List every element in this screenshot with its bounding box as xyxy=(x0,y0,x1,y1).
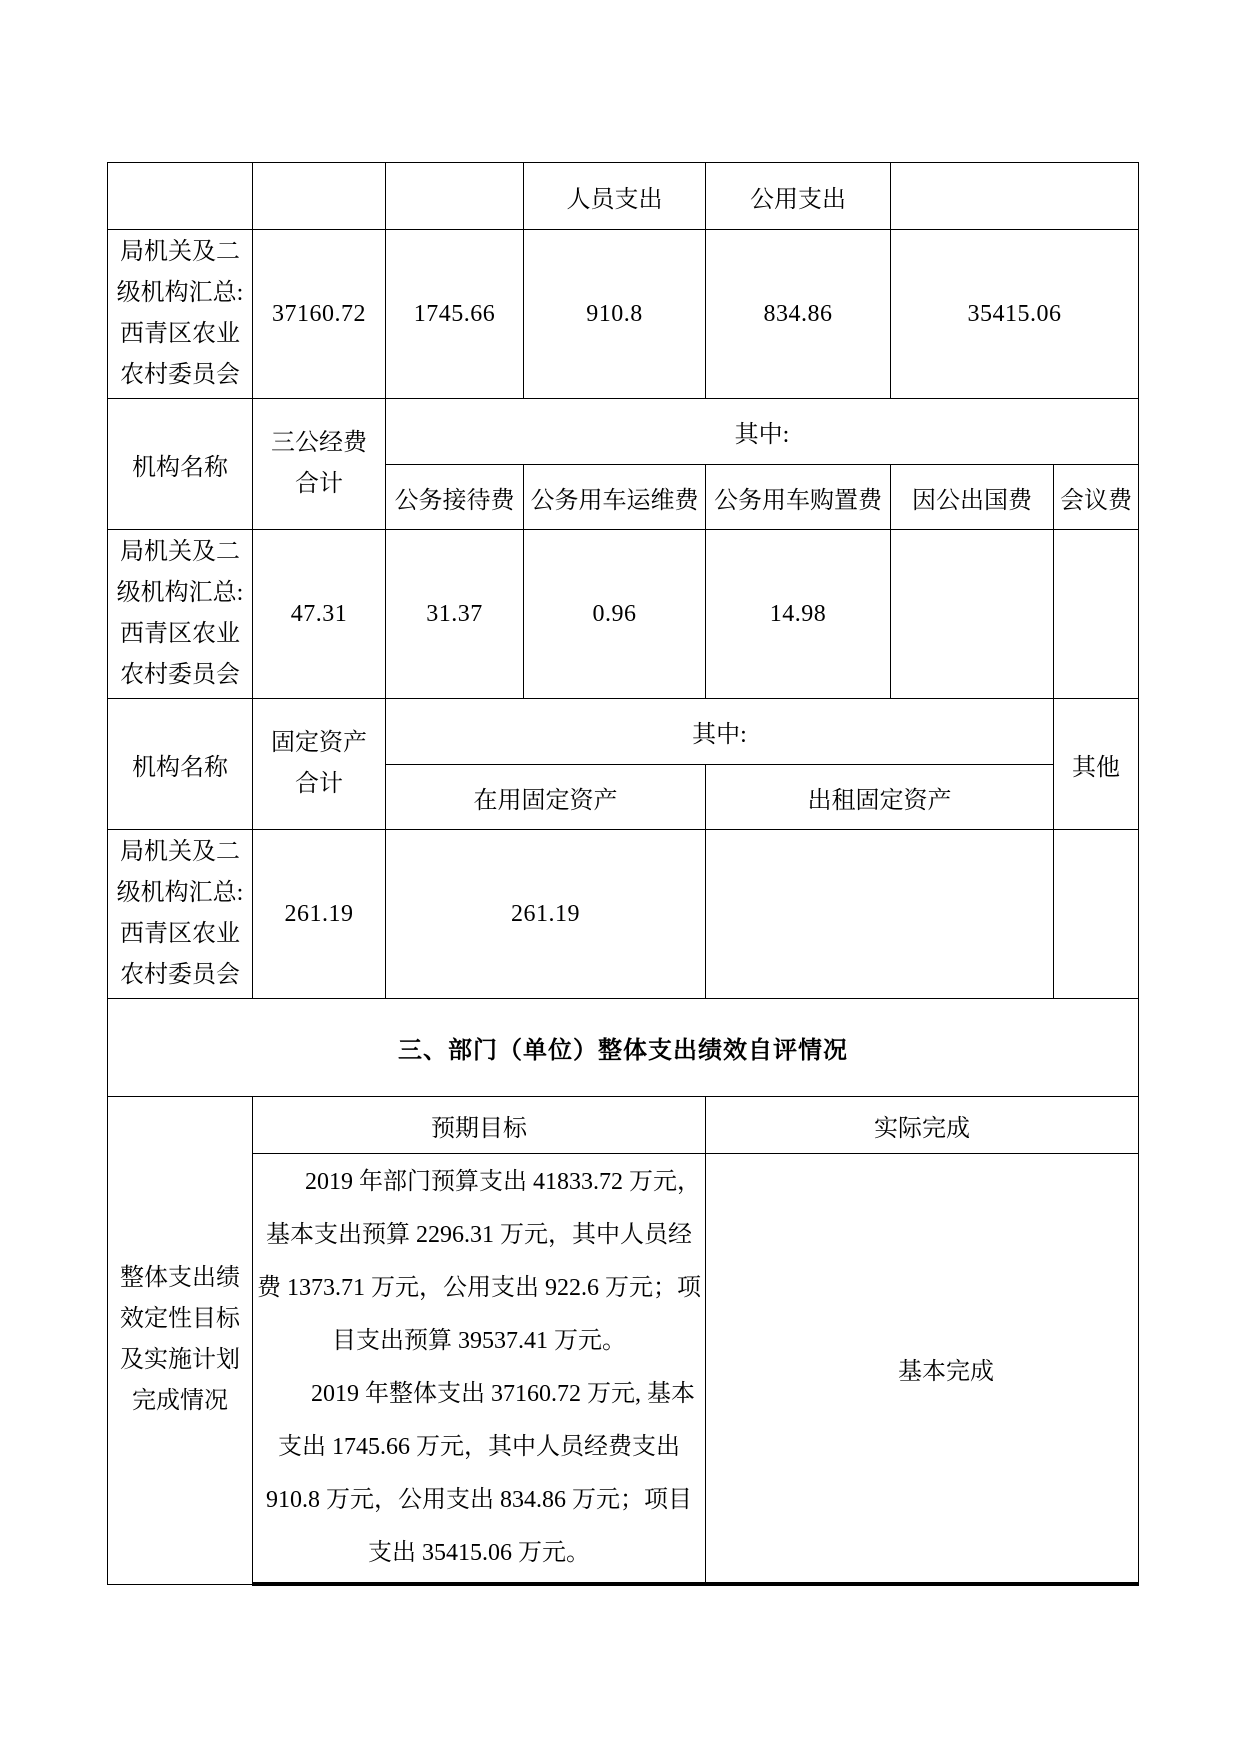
org-name-cell: 局机关及二 级机构汇总: 西青区农业 农村委员会 xyxy=(108,830,253,999)
expected-goal-paragraph-1: 2019 年部门预算支出 41833.72 万元， 基本支出预算 2296.31… xyxy=(257,1156,701,1368)
three-public-header-row: 机构名称 三公经费 合计 其中: xyxy=(108,399,1139,465)
header-meetings: 会议费 xyxy=(1054,465,1139,530)
fixed-assets-data-row: 局机关及二 级机构汇总: 西青区农业 农村委员会 261.19 261.19 xyxy=(108,830,1139,999)
empty-cell xyxy=(891,163,1139,230)
header-rented-assets: 出租固定资产 xyxy=(706,765,1054,830)
vehicle-maintenance-value: 0.96 xyxy=(524,530,706,699)
basic-expenditure-value: 1745.66 xyxy=(386,230,524,399)
actual-completion-cell: 基本完成 xyxy=(706,1154,1139,1585)
fixed-assets-header-row: 机构名称 固定资产 合计 其中: 其他 xyxy=(108,699,1139,765)
rented-assets-value xyxy=(706,830,1054,999)
three-public-total-value: 47.31 xyxy=(253,530,386,699)
expected-goal-paragraph-2: 2019 年整体支出 37160.72 万元, 基本 支出 1745.66 万元… xyxy=(257,1368,701,1580)
org-name-header: 机构名称 xyxy=(108,699,253,830)
header-other: 其他 xyxy=(1054,699,1139,830)
among-which-label: 其中: xyxy=(386,399,1139,465)
org-name-header: 机构名称 xyxy=(108,399,253,530)
self-eval-header-row: 整体支出绩 效定性目标 及实施计划 完成情况 预期目标 实际完成 xyxy=(108,1097,1139,1154)
self-eval-data-row: 2019 年部门预算支出 41833.72 万元， 基本支出预算 2296.31… xyxy=(108,1154,1139,1585)
header-public-expenditure: 公用支出 xyxy=(706,163,891,230)
expected-goal-cell: 2019 年部门预算支出 41833.72 万元， 基本支出预算 2296.31… xyxy=(253,1154,706,1585)
header-overseas-trips: 因公出国费 xyxy=(891,465,1054,530)
document-page: 人员支出 公用支出 局机关及二 级机构汇总: 西青区农业 农村委员会 37160… xyxy=(0,0,1241,1754)
org-name-cell: 局机关及二 级机构汇总: 西青区农业 农村委员会 xyxy=(108,530,253,699)
three-public-total-header: 三公经费 合计 xyxy=(253,399,386,530)
header-vehicle-maintenance: 公务用车运维费 xyxy=(524,465,706,530)
overseas-trips-value xyxy=(891,530,1054,699)
header-personnel-expenditure: 人员支出 xyxy=(524,163,706,230)
header-vehicle-purchase: 公务用车购置费 xyxy=(706,465,891,530)
empty-cell xyxy=(253,163,386,230)
overall-goal-label: 整体支出绩 效定性目标 及实施计划 完成情况 xyxy=(108,1097,253,1585)
fixed-assets-total-header: 固定资产 合计 xyxy=(253,699,386,830)
header-actual-completion: 实际完成 xyxy=(706,1097,1139,1154)
other-assets-value xyxy=(1054,830,1139,999)
in-use-assets-value: 261.19 xyxy=(386,830,706,999)
total-expenditure-value: 37160.72 xyxy=(253,230,386,399)
reception-value: 31.37 xyxy=(386,530,524,699)
section-title-row: 三、部门（单位）整体支出绩效自评情况 xyxy=(108,999,1139,1097)
expenditure-header-row: 人员支出 公用支出 xyxy=(108,163,1139,230)
personnel-expenditure-value: 910.8 xyxy=(524,230,706,399)
among-which-label: 其中: xyxy=(386,699,1054,765)
header-expected-goal: 预期目标 xyxy=(253,1097,706,1154)
empty-cell xyxy=(108,163,253,230)
fixed-assets-total-value: 261.19 xyxy=(253,830,386,999)
project-expenditure-value: 35415.06 xyxy=(891,230,1139,399)
meetings-value xyxy=(1054,530,1139,699)
public-expenditure-value: 834.86 xyxy=(706,230,891,399)
header-in-use-assets: 在用固定资产 xyxy=(386,765,706,830)
expenditure-data-row: 局机关及二 级机构汇总: 西青区农业 农村委员会 37160.72 1745.6… xyxy=(108,230,1139,399)
budget-report-table: 人员支出 公用支出 局机关及二 级机构汇总: 西青区农业 农村委员会 37160… xyxy=(107,162,1139,1586)
header-official-reception: 公务接待费 xyxy=(386,465,524,530)
three-public-data-row: 局机关及二 级机构汇总: 西青区农业 农村委员会 47.31 31.37 0.9… xyxy=(108,530,1139,699)
vehicle-purchase-value: 14.98 xyxy=(706,530,891,699)
section-title: 三、部门（单位）整体支出绩效自评情况 xyxy=(108,999,1139,1097)
org-name-cell: 局机关及二 级机构汇总: 西青区农业 农村委员会 xyxy=(108,230,253,399)
empty-cell xyxy=(386,163,524,230)
